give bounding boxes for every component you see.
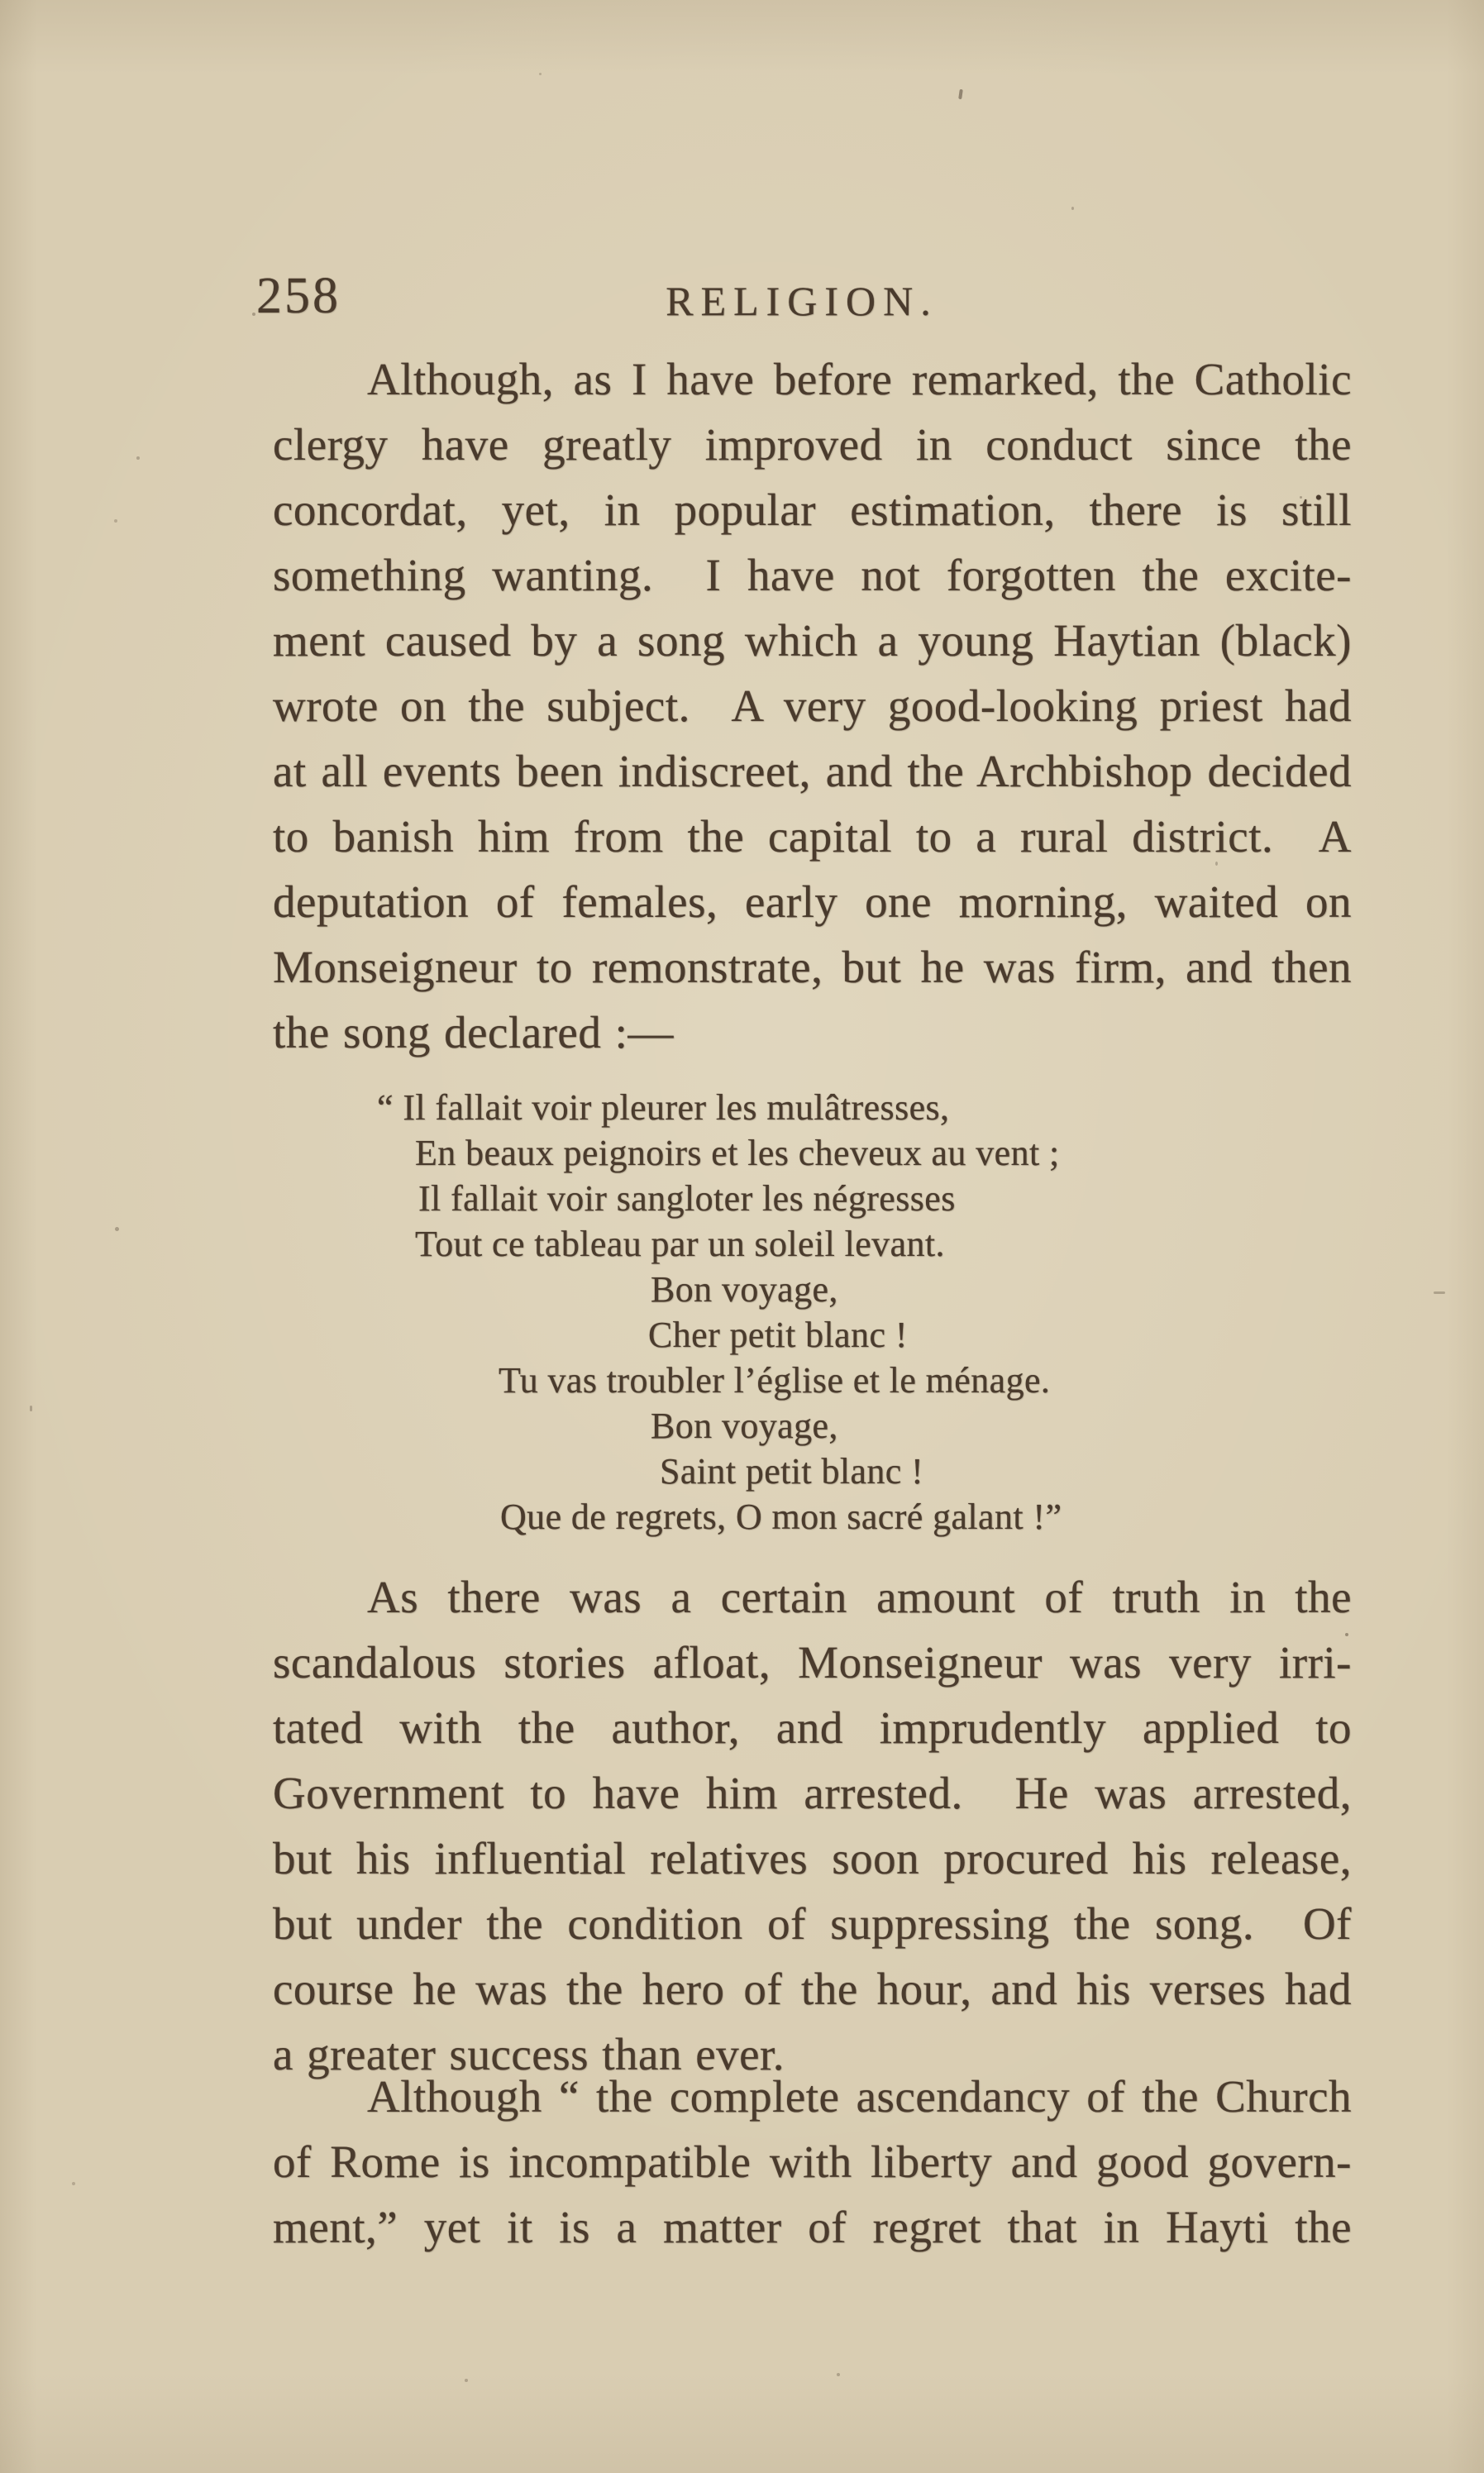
poem-line: Tout ce tableau par un soleil levant. xyxy=(415,1221,1352,1267)
poem-line: En beaux peignoirs et les cheveux au ven… xyxy=(415,1130,1352,1176)
scan-speck xyxy=(465,2379,468,2382)
text-line: wrote on the subject. A very good-lookin… xyxy=(273,673,1352,738)
text-line: the song declared :— xyxy=(273,1000,1352,1065)
poem-line: Tu vas troubler l’église et le ménage. xyxy=(499,1358,1352,1403)
poem-line: Bon voyage, xyxy=(651,1403,1352,1449)
scan-speck xyxy=(72,2182,75,2185)
scan-speck xyxy=(958,89,963,99)
scan-speck xyxy=(1071,207,1074,210)
paragraph-2: As there was a certain amount of truth i… xyxy=(273,1564,1352,2087)
text-line: but under the condition of suppressing t… xyxy=(273,1891,1352,1956)
scan-speck xyxy=(136,456,140,460)
text-line: at all events been indiscreet, and the A… xyxy=(273,738,1352,804)
scan-speck xyxy=(539,73,542,75)
book-page: 258 RELIGION. Although, as I have before… xyxy=(0,0,1484,2473)
text-line: Monseigneur to remonstrate, but he was f… xyxy=(273,934,1352,1000)
text-line: Government to have him arrested. He was … xyxy=(273,1760,1352,1826)
text-line: ment caused by a song which a young Hayt… xyxy=(273,608,1352,673)
text-line: something wanting. I have not forgotten … xyxy=(273,542,1352,608)
poem-line: Il fallait voir sangloter les négresses xyxy=(418,1176,1352,1221)
paragraph-3: Although “ the complete ascendancy of th… xyxy=(273,2064,1352,2260)
scan-speck xyxy=(252,313,255,316)
text-line: concordat, yet, in popular estimation, t… xyxy=(273,477,1352,542)
poem-line: Cher petit blanc ! xyxy=(648,1312,1352,1358)
text-line: to banish him from the capital to a rura… xyxy=(273,804,1352,869)
poem-block: “ Il fallait voir pleurer les mulâtresse… xyxy=(273,1085,1352,1540)
poem-line: Bon voyage, xyxy=(651,1267,1352,1312)
poem-line: Que de regrets, O mon sacré galant !” xyxy=(500,1494,1352,1540)
text-line: but his influential relatives soon procu… xyxy=(273,1826,1352,1891)
text-line: of Rome is incompatible with liberty and… xyxy=(273,2129,1352,2194)
scan-speck xyxy=(115,1227,119,1231)
paragraph-1: Although, as I have before remarked, the… xyxy=(273,346,1352,1065)
poem-line: “ Il fallait voir pleurer les mulâtresse… xyxy=(377,1085,1352,1130)
text-line: scandalous stories afloat, Monseigneur w… xyxy=(273,1630,1352,1695)
text-line: Although “ the complete ascendancy of th… xyxy=(273,2064,1352,2129)
poem-line: Saint petit blanc ! xyxy=(660,1449,1352,1494)
scan-speck xyxy=(837,2373,840,2376)
running-header: RELIGION. xyxy=(273,280,1331,322)
text-line: ment,” yet it is a matter of regret that… xyxy=(273,2194,1352,2260)
scan-speck xyxy=(1434,1291,1445,1294)
text-line: course he was the hero of the hour, and … xyxy=(273,1956,1352,2022)
text-line: tated with the author, and imprudently a… xyxy=(273,1695,1352,1760)
text-line: deputation of females, early one morning… xyxy=(273,869,1352,934)
scan-speck xyxy=(30,1406,32,1411)
text-line: clergy have greatly improved in conduct … xyxy=(273,412,1352,477)
scan-speck xyxy=(114,519,117,523)
text-line: As there was a certain amount of truth i… xyxy=(273,1564,1352,1630)
text-line: Although, as I have before remarked, the… xyxy=(273,346,1352,412)
